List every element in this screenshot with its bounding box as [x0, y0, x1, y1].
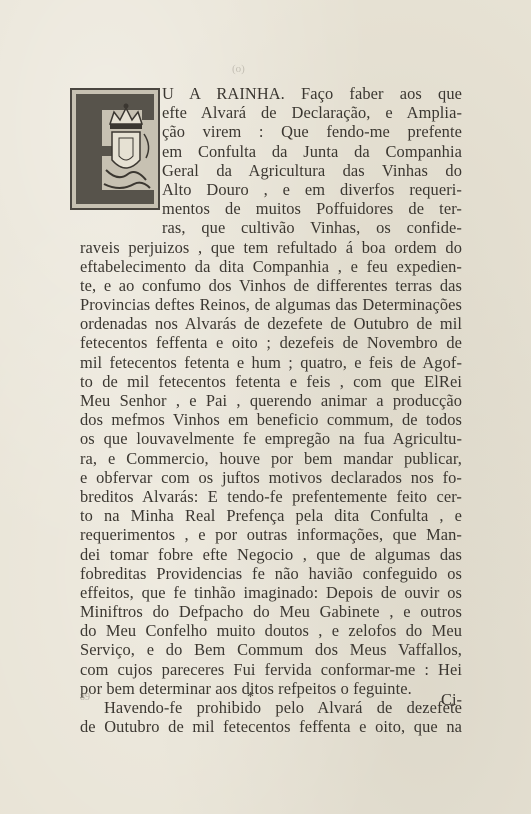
text-line: effeitos, que fe tinhão imaginado: Depoi… [80, 583, 462, 602]
text-line: dos mefmos Vinhos em beneficio commum, d… [80, 410, 462, 429]
text-line: mil fetecentos fetenta e hum ; quatro, e… [80, 353, 462, 372]
text-line: fetecentos feffenta e oito ; dezefeis de… [80, 333, 462, 352]
text-line: os que louvavelmente fe empregão na fua … [80, 429, 462, 448]
text-line: e obfervar com os juftos motivos declara… [80, 468, 462, 487]
text-line: requerimentos , e por outras informações… [80, 525, 462, 544]
document-page: (o) U A RAINHA. Faço faber aos que efte … [0, 0, 531, 814]
faint-page-number: 89 [80, 692, 90, 703]
text-line: ordenadas nos Alvarás de dezefete de Out… [80, 314, 462, 333]
text-line: te, e ao confumo dos Vinhos de different… [80, 276, 462, 295]
text-line: breditos Alvarás: E tendo-fe prefentemen… [80, 487, 462, 506]
text-line: Provincias deftes Reinos, de algumas das… [80, 295, 462, 314]
text-line: to de mil fetecentos fetenta e feis , co… [80, 372, 462, 391]
text-line: U A RAINHA. Faço faber aos que [162, 84, 462, 103]
text-line: eftabelecimento da dita Companhia , e fe… [80, 257, 462, 276]
text-line: dei tomar fobre efte Negocio , que de al… [80, 545, 462, 564]
text-line: do Meu Confelho muito doutos , e zelofos… [80, 621, 462, 640]
text-line: to na Minha Real Prefença pela dita Conf… [80, 506, 462, 525]
text-line: Alto Douro , e em diverfos requeri- [162, 180, 462, 199]
text-line: Serviço, e do Bem Commum dos Meus Vaffal… [80, 640, 462, 659]
text-line: ra, e Commercio, houve por bem mandar pu… [80, 449, 462, 468]
text-line: mentos de muitos Poffuidores de ter- [162, 199, 462, 218]
text-line: Meu Senhor , e Pai , querendo animar a p… [80, 391, 462, 410]
text-line: ras, que cultivão Vinhas, os confide- [162, 218, 462, 237]
page-footer: 89 * Ci- [80, 690, 462, 710]
text-line: raveis perjuizos , que tem refultado á b… [80, 238, 462, 257]
text-line: de Outubro de mil fetecentos feffenta e … [80, 717, 462, 736]
text-line: em Confulta da Junta da Companhia [162, 142, 462, 161]
text-line: com cujos pareceres Fui fervida conforma… [80, 660, 462, 679]
catchword: Ci- [441, 690, 462, 710]
folio-mark: (o) [232, 63, 245, 75]
text-line: Miniftros do Defpacho do Meu Gabinete , … [80, 602, 462, 621]
signature-mark: * [247, 690, 254, 706]
text-line: ção virem : Que fendo-me prefente [162, 122, 462, 141]
text-line: Geral da Agricultura das Vinhas do [162, 161, 462, 180]
body-text: U A RAINHA. Faço faber aos que efte Alva… [80, 84, 462, 736]
text-line: efte Alvará de Declaração, e Amplia- [162, 103, 462, 122]
text-line: fobreditas Providencias fe não havião co… [80, 564, 462, 583]
